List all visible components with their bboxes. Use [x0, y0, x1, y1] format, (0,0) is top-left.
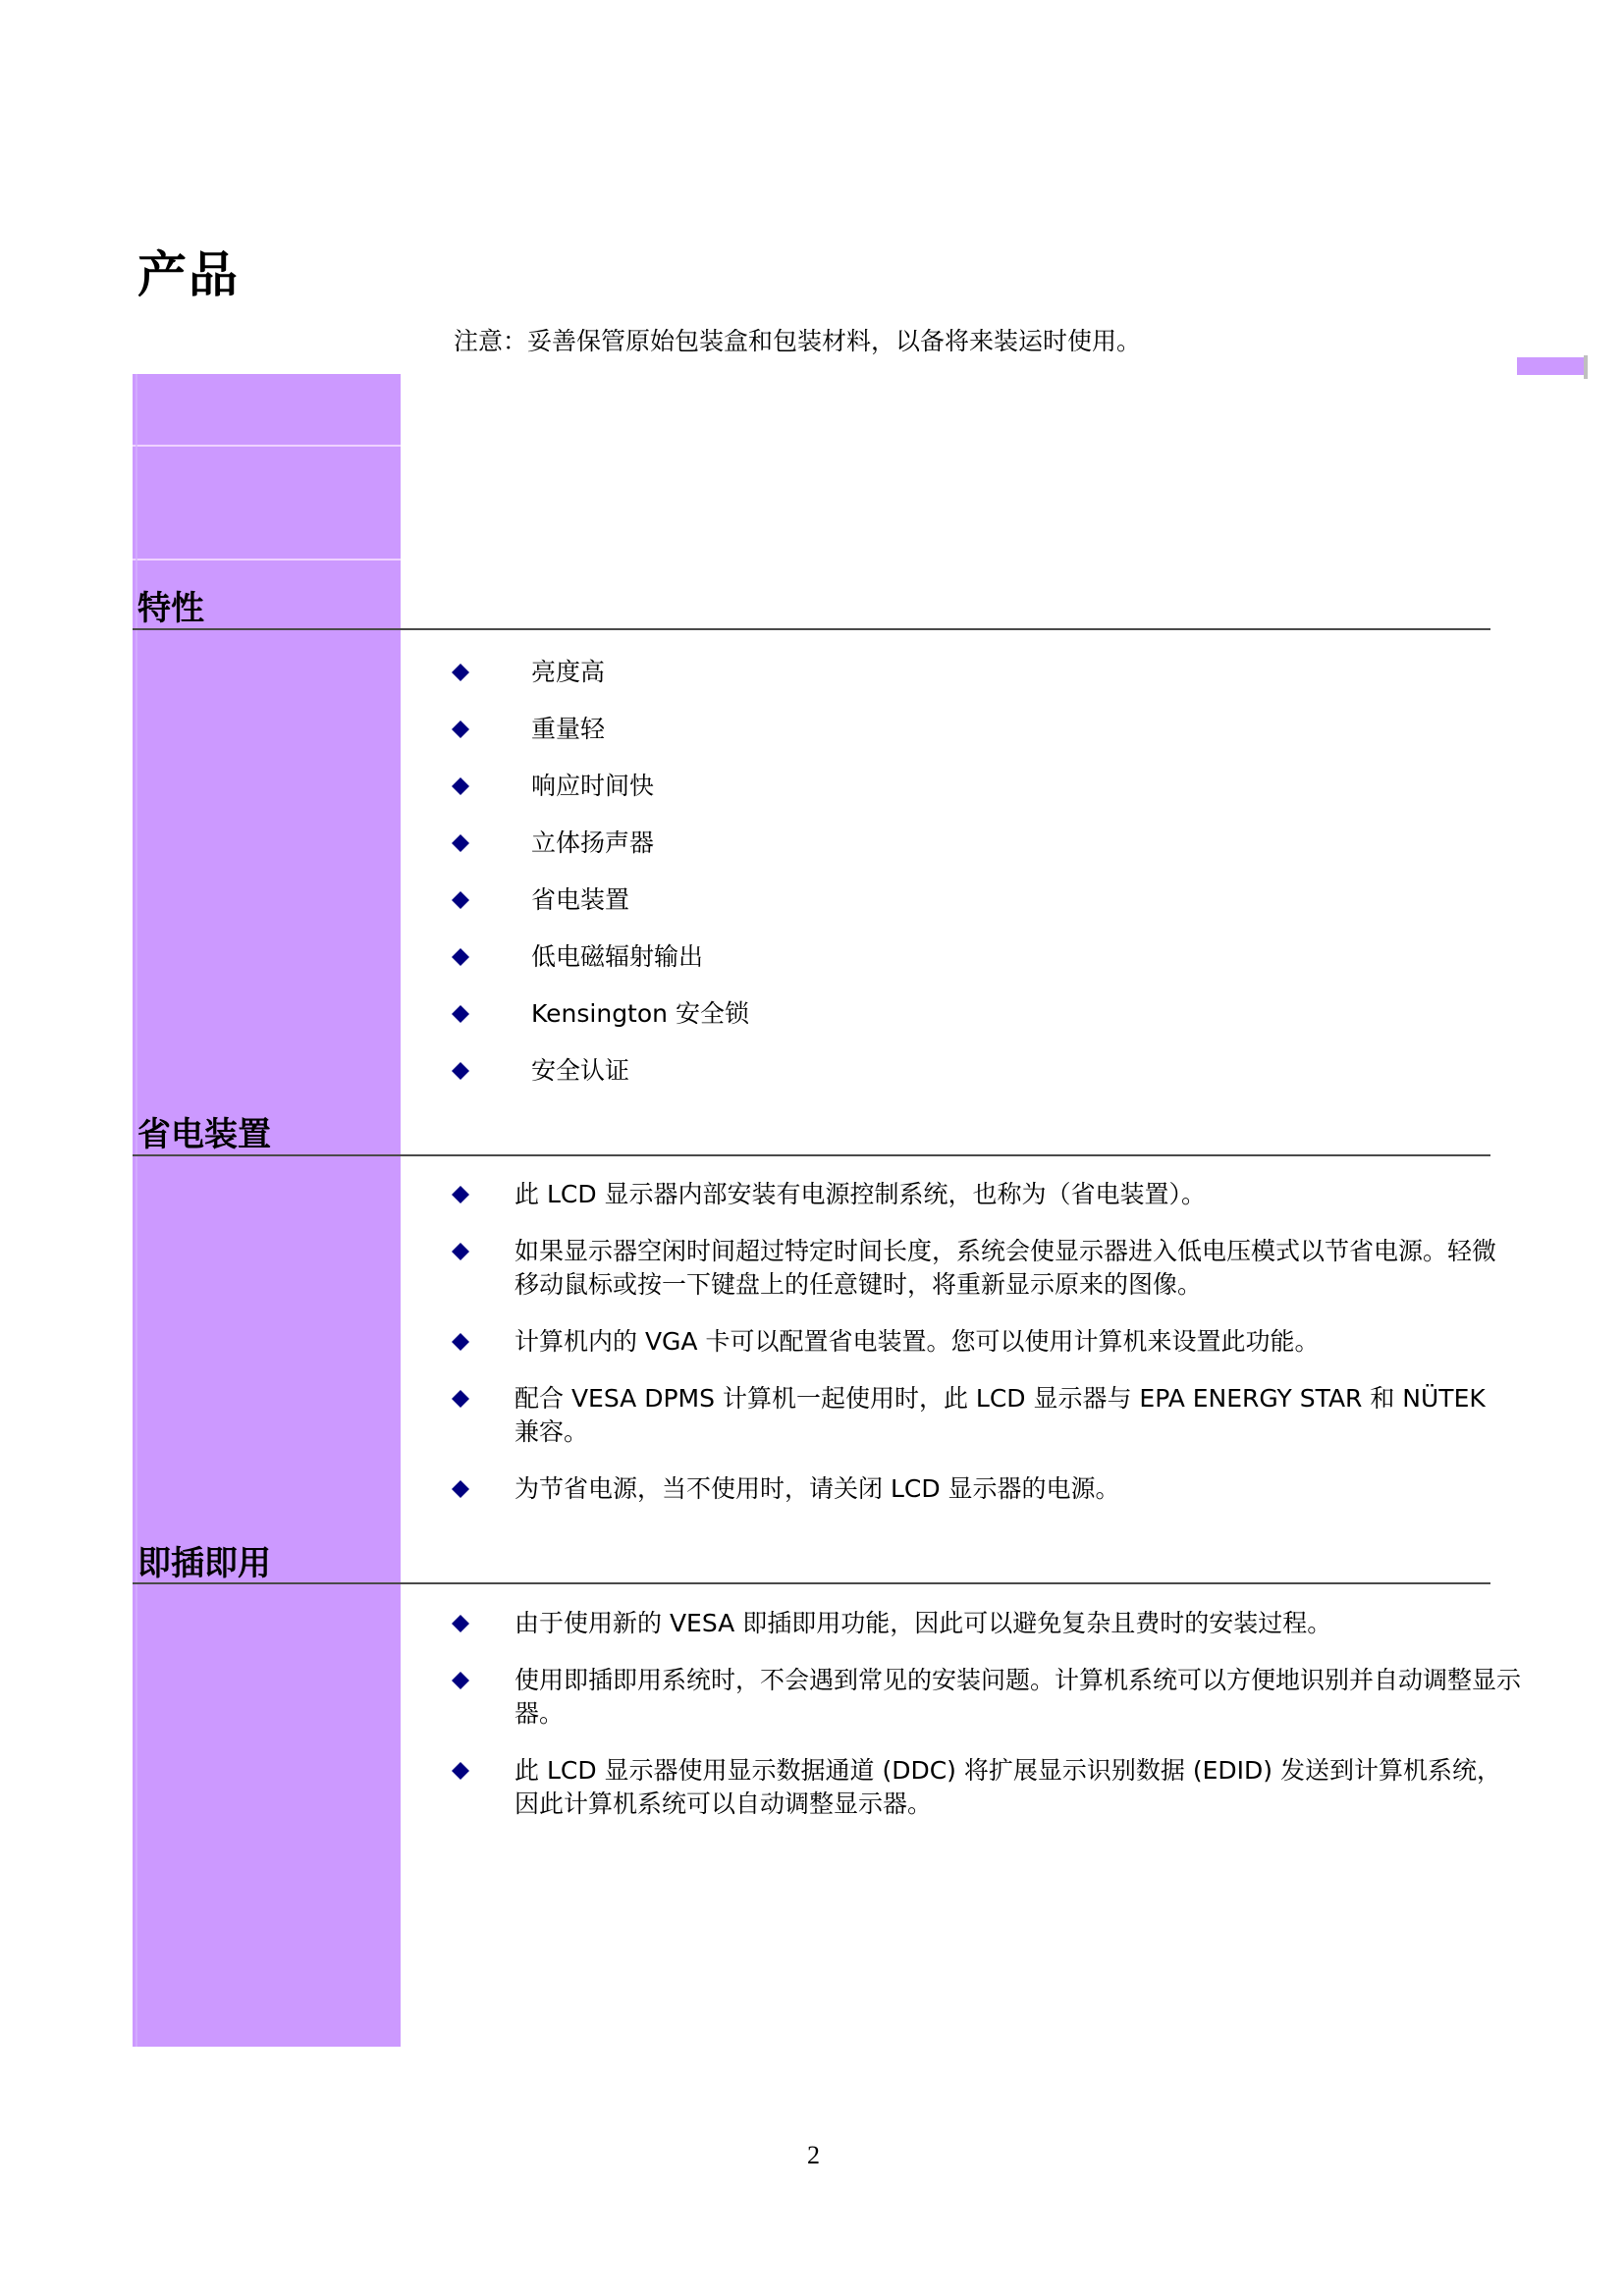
sidebar-divider	[133, 559, 401, 561]
section-tab-marker	[1517, 357, 1584, 375]
section-rule	[133, 1154, 1490, 1156]
sidebar-divider	[133, 445, 401, 447]
list-item: 立体扬声器	[452, 827, 1542, 883]
list-item: 低电磁辐射输出	[452, 940, 1542, 997]
page-title: 产品	[137, 236, 240, 306]
diamond-bullet-icon	[452, 891, 469, 909]
diamond-bullet-icon	[452, 1005, 469, 1023]
diamond-bullet-icon	[452, 1672, 469, 1689]
diamond-bullet-icon	[452, 1062, 469, 1080]
list-item: 由于使用新的 VESA 即插即用功能，因此可以避免复杂且费时的安装过程。	[452, 1607, 1522, 1640]
list-item: 此 LCD 显示器使用显示数据通道 (DDC) 将扩展显示识别数据 (EDID)…	[452, 1754, 1522, 1821]
list-item: 计算机内的 VGA 卡可以配置省电装置。您可以使用计算机来设置此功能。	[452, 1325, 1512, 1359]
diamond-bullet-icon	[452, 1480, 469, 1498]
section-rule	[133, 1582, 1490, 1584]
diamond-bullet-icon	[452, 1390, 469, 1408]
list-item: Kensington 安全锁	[452, 997, 1542, 1054]
list-item: 使用即插即用系统时，不会遇到常见的安装问题。计算机系统可以方便地识别并自动调整显…	[452, 1664, 1522, 1731]
list-item: 响应时间快	[452, 770, 1542, 827]
packaging-note: 注意：妥善保管原始包装盒和包装材料，以备将来装运时使用。	[454, 322, 1141, 357]
diamond-bullet-icon	[452, 777, 469, 795]
list-item: 重量轻	[452, 713, 1542, 770]
diamond-bullet-icon	[452, 1615, 469, 1632]
list-item: 安全认证	[452, 1054, 1542, 1111]
diamond-bullet-icon	[452, 1762, 469, 1780]
tab-marker-edge	[1584, 355, 1588, 379]
section-rule	[133, 628, 1490, 630]
list-item: 省电装置	[452, 883, 1542, 940]
plug-and-play-list: 由于使用新的 VESA 即插即用功能，因此可以避免复杂且费时的安装过程。 使用即…	[452, 1607, 1522, 1821]
section-title-power-saving: 省电装置	[137, 1107, 271, 1155]
section-title-plug-and-play: 即插即用	[137, 1536, 271, 1584]
list-item: 此 LCD 显示器内部安装有电源控制系统，也称为（省电装置）。	[452, 1178, 1512, 1211]
diamond-bullet-icon	[452, 1243, 469, 1260]
section-title-features: 特性	[137, 581, 204, 629]
diamond-bullet-icon	[452, 664, 469, 681]
diamond-bullet-icon	[452, 948, 469, 966]
diamond-bullet-icon	[452, 1333, 469, 1351]
diamond-bullet-icon	[452, 721, 469, 738]
list-item: 配合 VESA DPMS 计算机一起使用时，此 LCD 显示器与 EPA ENE…	[452, 1382, 1512, 1449]
list-item: 如果显示器空闲时间超过特定时间长度，系统会使显示器进入低电压模式以节省电源。轻微…	[452, 1235, 1512, 1302]
diamond-bullet-icon	[452, 1186, 469, 1203]
list-item: 为节省电源，当不使用时，请关闭 LCD 显示器的电源。	[452, 1472, 1512, 1506]
diamond-bullet-icon	[452, 834, 469, 852]
power-saving-list: 此 LCD 显示器内部安装有电源控制系统，也称为（省电装置）。 如果显示器空闲时…	[452, 1178, 1512, 1506]
features-list: 亮度高 重量轻 响应时间快 立体扬声器 省电装置 低电磁辐射输出 Kensing…	[452, 656, 1542, 1111]
list-item: 亮度高	[452, 656, 1542, 713]
page-number: 2	[807, 2141, 820, 2170]
